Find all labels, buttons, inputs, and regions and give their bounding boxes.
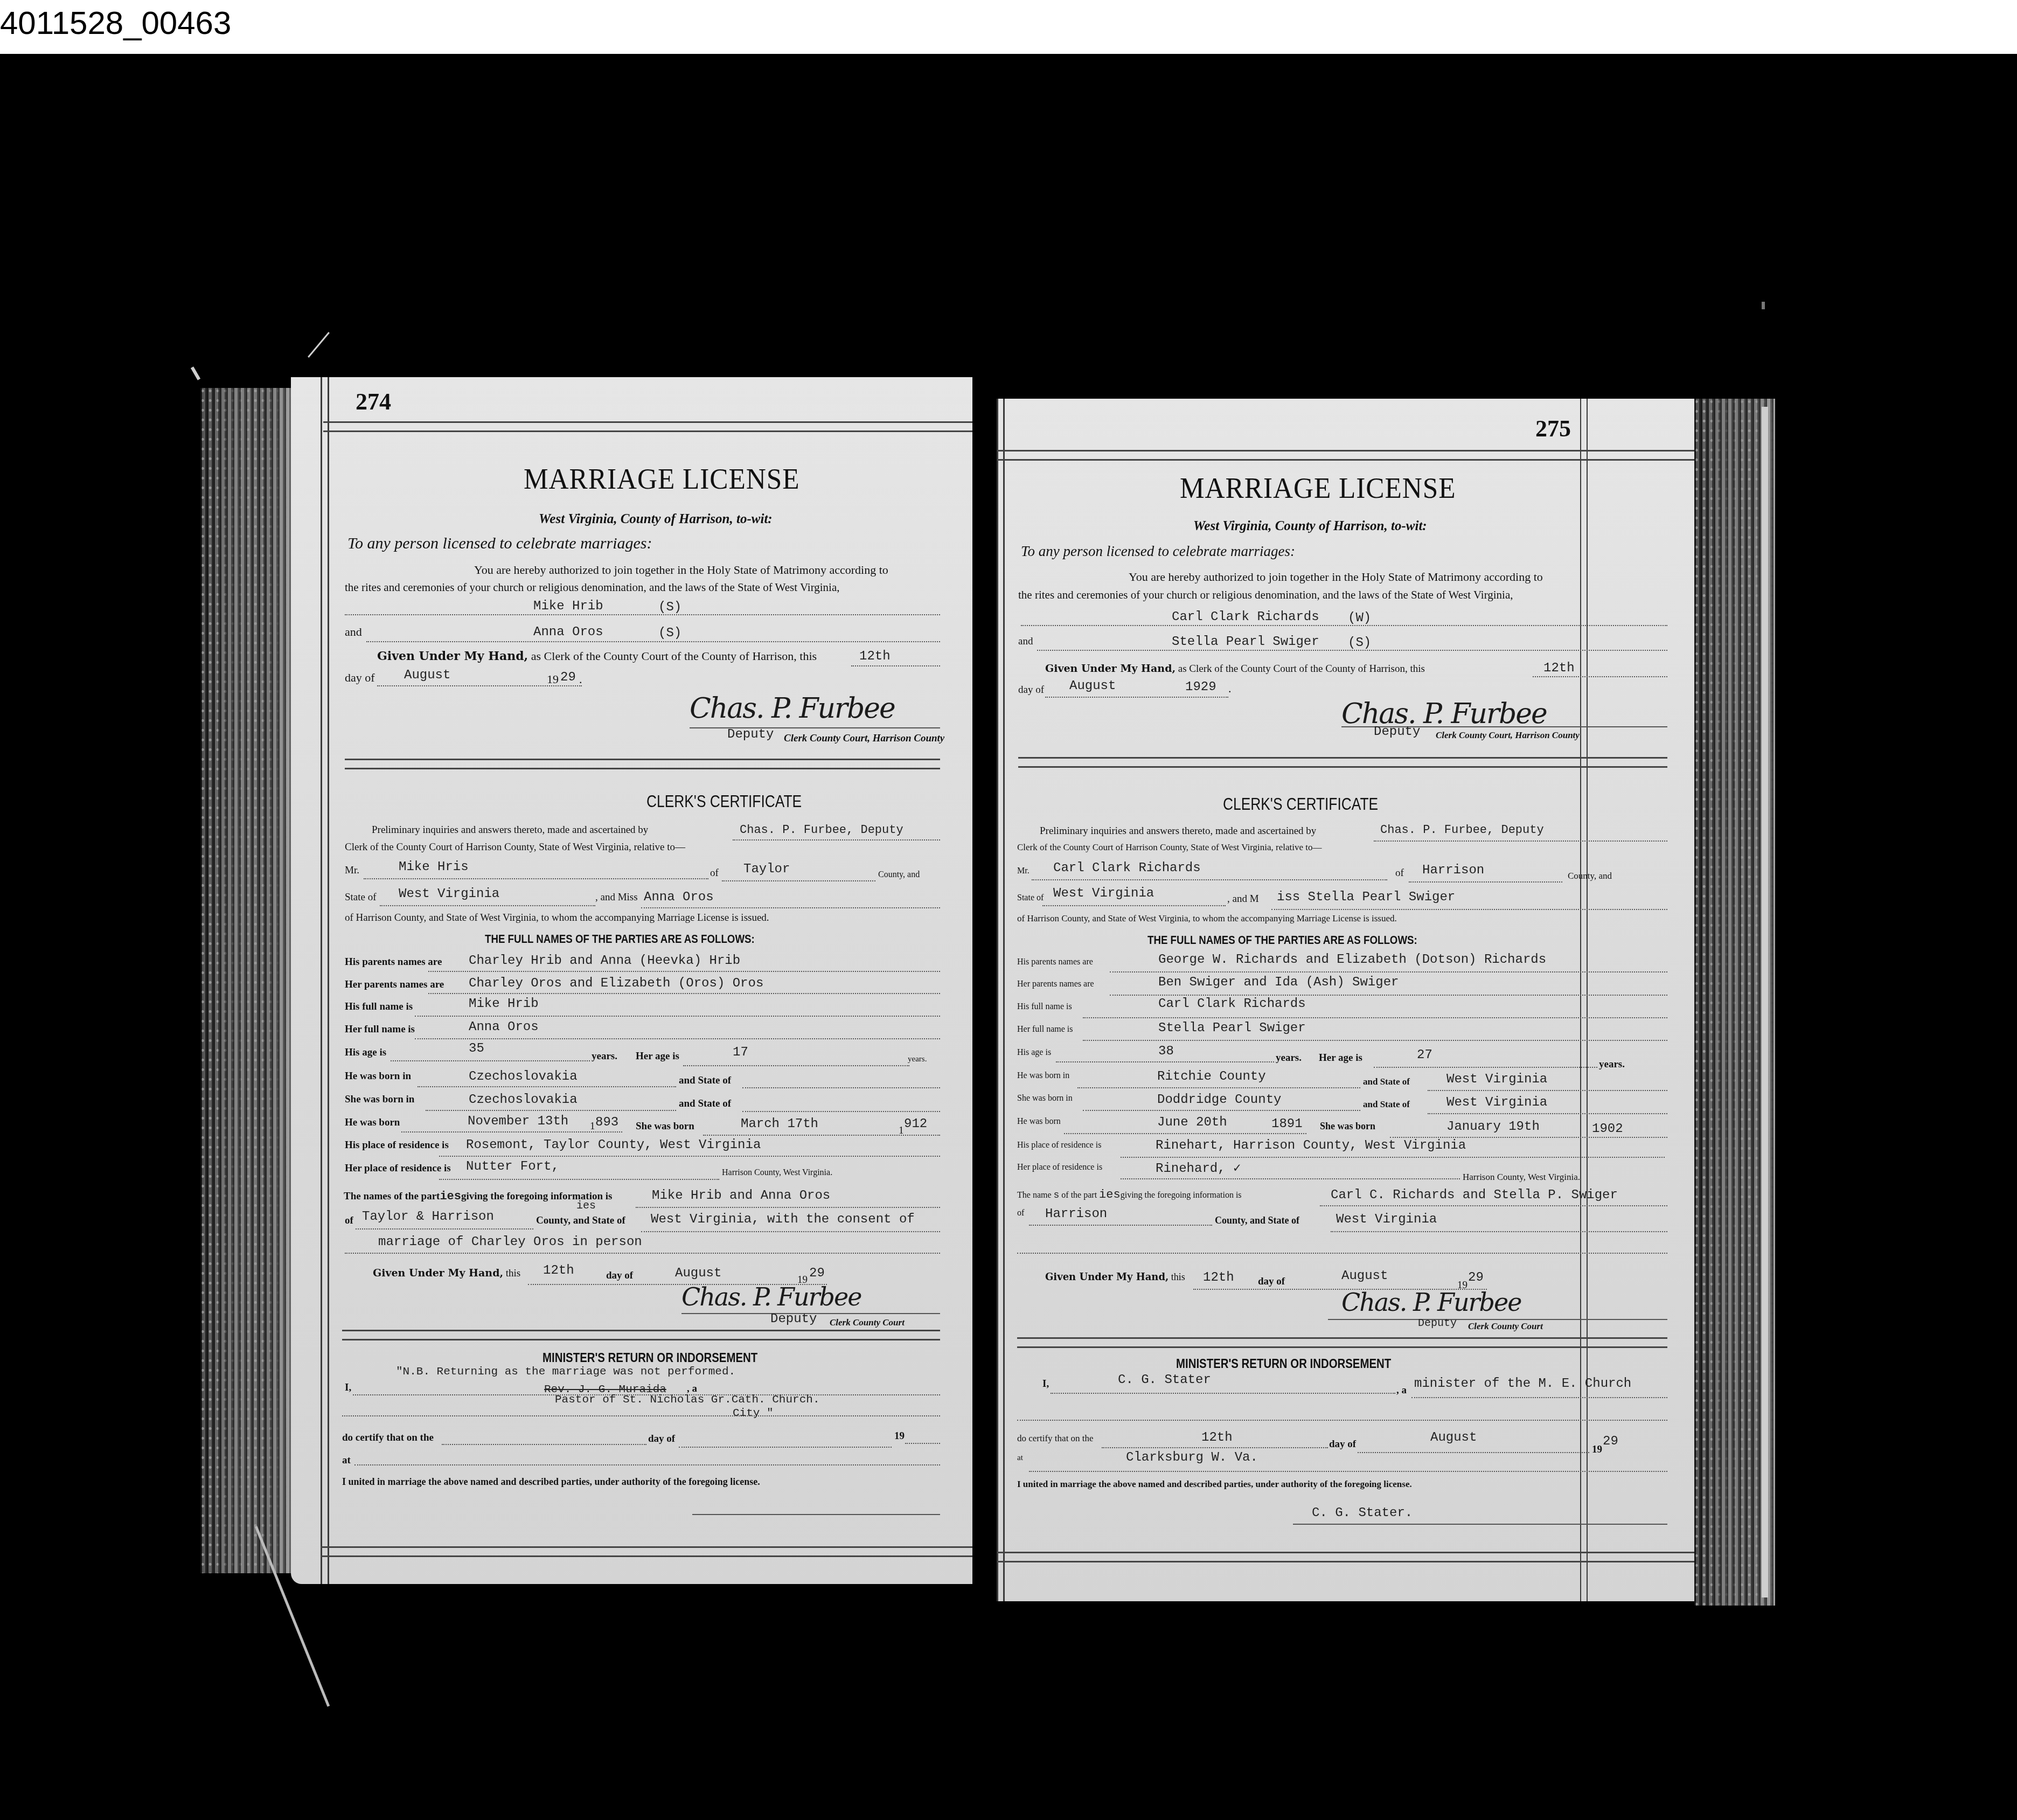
minister-city-value: City " xyxy=(733,1407,774,1420)
minister-note: "N.B. Returning as the marriage was not … xyxy=(396,1366,735,1378)
bride-status: (S) xyxy=(658,626,681,641)
of-county-line xyxy=(722,880,875,881)
state-of-label: State of xyxy=(345,892,377,904)
groom-name: Carl Clark Richards xyxy=(1172,610,1319,624)
cert-deputy-label: Deputy xyxy=(1418,1317,1457,1330)
informants-county-label: County, and State of xyxy=(536,1215,625,1227)
informants-line xyxy=(636,1207,940,1208)
mr-label: Mr. xyxy=(1017,866,1030,876)
prelim-label: Preliminary inquiries and answers theret… xyxy=(1040,825,1316,837)
cert-month: August xyxy=(1341,1269,1388,1283)
he-born-label: He was born xyxy=(1017,1117,1061,1127)
his-age-line xyxy=(391,1060,590,1061)
informants-county-label: County, and State of xyxy=(1215,1215,1299,1226)
informants-value: Carl C. Richards and Stella P. Swiger xyxy=(1331,1188,1618,1203)
his-full-name-label: His full name is xyxy=(1017,1002,1072,1012)
groom-status: (S) xyxy=(658,600,681,615)
minister-a-label: , a xyxy=(687,1383,697,1395)
license-year-suffix: 29 xyxy=(560,670,576,685)
at-line xyxy=(354,1464,940,1465)
right-margin-rule-inner xyxy=(1003,399,1005,1601)
her-residence-value: Rinehard, ✓ xyxy=(1156,1160,1241,1176)
his-residence-value: Rinehart, Harrison County, West Virginia xyxy=(1156,1138,1466,1153)
her-full-name-value: Anna Oros xyxy=(469,1020,539,1034)
cert-year-suffix: 29 xyxy=(1468,1270,1484,1285)
right-edge-rule-inner xyxy=(1587,399,1588,1601)
certify-year-suffix: 29 xyxy=(1603,1434,1618,1449)
minister-a-label: , a xyxy=(1396,1385,1407,1397)
her-age-label: Her age is xyxy=(1319,1052,1362,1064)
license-body-line1: You are hereby authorized to join togeth… xyxy=(474,563,888,577)
given-day-line xyxy=(1533,676,1667,677)
clerk-relative-line: Clerk of the County Court of Harrison Co… xyxy=(345,842,685,853)
cert-clerk-signature: Chas. P. Furbee xyxy=(681,1282,861,1311)
minister-title: MINISTER'S RETURN OR INDORSEMENT xyxy=(542,1351,757,1366)
his-full-name-line xyxy=(1083,1017,1667,1018)
certify-day-line xyxy=(442,1444,646,1445)
license-month: August xyxy=(1069,679,1116,693)
cert-signature-line xyxy=(1328,1319,1667,1320)
at-label: at xyxy=(1017,1454,1023,1463)
license-given-day: 12th xyxy=(859,649,891,664)
informants-label-ies: ies xyxy=(1099,1188,1121,1201)
his-full-name-line xyxy=(415,1016,940,1017)
he-and-state-of-label: and State of xyxy=(1363,1076,1410,1087)
he-state-line xyxy=(1428,1090,1667,1091)
his-full-name-value: Mike Hrib xyxy=(469,997,539,1011)
informants-state-value: West Virginia xyxy=(1336,1212,1437,1227)
groom-line xyxy=(1021,625,1667,626)
informants-value: Mike Hrib and Anna Oros xyxy=(652,1189,830,1203)
her-residence-line xyxy=(439,1179,719,1180)
united-line: I united in marriage the above named and… xyxy=(1017,1479,1412,1490)
footer-double-rule xyxy=(321,1546,972,1557)
certify-day-value: 12th xyxy=(1201,1430,1233,1445)
given-under-hand-label: Given Under My Hand, xyxy=(377,649,528,663)
her-parents-value: Charley Oros and Elizabeth (Oros) Oros xyxy=(469,976,763,991)
mr-line xyxy=(364,878,708,879)
informants-of-label: of xyxy=(1017,1208,1024,1218)
bride-name: Stella Pearl Swiger xyxy=(1172,635,1319,649)
given-as-clerk-label: as Clerk of the County Court of the Coun… xyxy=(1178,663,1425,675)
license-clerk-title: Clerk County Court, Harrison County xyxy=(784,733,944,745)
his-age-value: 38 xyxy=(1158,1044,1174,1059)
salutation: To any person licensed to celebrate marr… xyxy=(347,534,652,553)
informants-label-of-part: of the part xyxy=(394,1191,440,1202)
informants-label-ies: ies xyxy=(440,1190,461,1203)
certificate-title: CLERK'S CERTIFICATE xyxy=(646,792,802,811)
image-id-label: 4011528_00463 xyxy=(0,4,231,41)
she-born-value: March 17th xyxy=(741,1117,818,1131)
informants-continuation: marriage of Charley Oros in person xyxy=(378,1235,642,1249)
groom-name: Mike Hrib xyxy=(533,599,603,614)
miss-line xyxy=(1271,909,1667,910)
minister-i-label: I, xyxy=(345,1382,351,1394)
she-born-in-value: Czechoslovakia xyxy=(469,1093,578,1107)
cert-given-line: Given Under My Hand, this xyxy=(373,1267,520,1280)
cert-given-under-hand-label: Given Under My Hand, xyxy=(1045,1272,1169,1283)
given-under-hand-line: Given Under My Hand, as Clerk of the Cou… xyxy=(1045,663,1425,675)
certificate-section-divider xyxy=(342,1330,940,1340)
informants-county-value: Taylor & Harrison xyxy=(362,1210,494,1224)
salutation: To any person licensed to celebrate marr… xyxy=(1021,543,1295,560)
informants-label-name: The name xyxy=(1017,1191,1052,1200)
she-born-in-line xyxy=(1083,1110,1360,1111)
cert-given-under-hand-label: Given Under My Hand, xyxy=(373,1267,503,1279)
her-parents-label: Her parents names are xyxy=(345,979,444,991)
she-and-state-of-label: and State of xyxy=(1363,1099,1410,1110)
his-residence-label: His place of residence is xyxy=(1017,1141,1101,1150)
cert-given-day: 12th xyxy=(543,1263,574,1278)
his-full-name-value: Carl Clark Richards xyxy=(1158,997,1306,1011)
cert-clerk-title: Clerk County Court xyxy=(1468,1321,1543,1332)
given-under-hand-label: Given Under My Hand, xyxy=(1045,663,1176,675)
he-born-in-label: He was born in xyxy=(345,1071,411,1082)
years-label: years. xyxy=(592,1051,617,1062)
minister-name-value: C. G. Stater xyxy=(1118,1373,1211,1387)
years-label-2: years. xyxy=(908,1055,927,1064)
he-born-year: 1891 xyxy=(1271,1117,1303,1131)
mr-value: Carl Clark Richards xyxy=(1053,861,1201,876)
his-parents-label: His parents names are xyxy=(1017,957,1093,967)
license-clerk-signature: Chas. P. Furbee xyxy=(690,692,895,725)
license-section-divider xyxy=(1018,757,1667,768)
state-of-line xyxy=(1042,905,1226,906)
informants-continuation-line xyxy=(1017,1253,1667,1254)
license-subtitle: West Virginia, County of Harrison, to-wi… xyxy=(1193,519,1427,534)
minister-signature: C. G. Stater. xyxy=(1312,1506,1413,1520)
right-edge-rule-outer xyxy=(1580,399,1581,1601)
bride-name: Anna Oros xyxy=(533,625,603,640)
license-title: MARRIAGE LICENSE xyxy=(1180,471,1456,505)
informants-county-line xyxy=(356,1228,533,1229)
she-born-line xyxy=(703,1135,940,1136)
he-and-state-of-label: and State of xyxy=(679,1075,731,1087)
mr-value: Mike Hris xyxy=(399,860,469,874)
cert-given-this-label: this xyxy=(1171,1272,1185,1282)
of-county-label: of xyxy=(710,867,719,879)
informants-state-line xyxy=(641,1231,940,1232)
film-scratch xyxy=(1762,302,1765,309)
certify-label: do certify that on the xyxy=(1017,1433,1094,1444)
mr-line xyxy=(1032,879,1387,880)
prelim-line xyxy=(1374,840,1667,842)
left-page: 274 MARRIAGE LICENSE West Virginia, Coun… xyxy=(291,377,972,1584)
her-age-line xyxy=(1374,1067,1597,1068)
prelim-line xyxy=(733,839,940,840)
he-born-line xyxy=(1064,1133,1306,1134)
her-full-name-label: Her full name is xyxy=(1017,1025,1073,1034)
minister-signature-line xyxy=(1293,1524,1667,1525)
her-age-label: Her age is xyxy=(636,1051,679,1062)
her-full-name-line xyxy=(415,1038,940,1039)
years-label-2: years. xyxy=(1599,1059,1625,1071)
at-value: Clarksburg W. Va. xyxy=(1126,1450,1258,1465)
he-born-in-line xyxy=(1077,1087,1360,1088)
she-born-label: She was born xyxy=(636,1121,694,1133)
bride-line xyxy=(366,641,940,642)
certificate-title: CLERK'S CERTIFICATE xyxy=(1223,795,1378,814)
miss-value: iss Stella Pearl Swiger xyxy=(1277,890,1455,905)
informants-label-giving: giving the foregoing information is xyxy=(1121,1191,1242,1200)
film-scratch xyxy=(191,366,200,380)
clerk-relative-line: Clerk of the County Court of Harrison Co… xyxy=(1017,842,1322,853)
cert-deputy-label: Deputy xyxy=(770,1312,817,1326)
his-age-value: 35 xyxy=(469,1041,484,1056)
his-age-line xyxy=(1056,1061,1274,1062)
state-of-line xyxy=(380,905,595,906)
minister-signature-line xyxy=(692,1514,940,1515)
he-born-in-label: He was born in xyxy=(1017,1071,1069,1081)
she-born-in-value: Doddridge County xyxy=(1157,1093,1281,1107)
cert-month: August xyxy=(675,1266,721,1281)
cert-given-day: 12th xyxy=(1203,1270,1234,1285)
her-residence-label: Her place of residence is xyxy=(345,1163,451,1175)
groom-status: (W) xyxy=(1348,611,1371,626)
certify-month-line xyxy=(1358,1452,1589,1453)
license-subtitle: West Virginia, County of Harrison, to-wi… xyxy=(539,512,773,527)
state-of-value: West Virginia xyxy=(1053,886,1154,901)
he-born-value: June 20th xyxy=(1157,1115,1227,1130)
state-of-label: State of xyxy=(1017,893,1044,903)
given-under-hand-line: Given Under My Hand, as Clerk of the Cou… xyxy=(377,649,817,663)
minister-title-line xyxy=(1411,1397,1667,1398)
page-number: 275 xyxy=(1535,415,1571,442)
she-state-line xyxy=(1428,1113,1667,1114)
license-period: . xyxy=(579,672,582,686)
her-parents-value: Ben Swiger and Ida (Ash) Swiger xyxy=(1158,975,1399,990)
license-month: August xyxy=(404,668,450,683)
she-born-line xyxy=(1390,1137,1667,1138)
her-residence-value: Nutter Fort, xyxy=(466,1159,559,1174)
and-label: and xyxy=(1018,636,1033,648)
he-state-value: West Virginia xyxy=(1446,1072,1547,1087)
month-line xyxy=(1045,697,1228,698)
prelim-value: Chas. P. Furbee, Deputy xyxy=(1380,823,1544,837)
she-born-value: January 19th xyxy=(1446,1120,1540,1134)
full-names-heading: THE FULL NAMES OF THE PARTIES ARE AS FOL… xyxy=(485,932,755,946)
minister-title: MINISTER'S RETURN OR INDORSEMENT xyxy=(1176,1357,1391,1372)
her-parents-label: Her parents names are xyxy=(1017,980,1094,989)
miss-line xyxy=(641,907,940,908)
she-state-value: West Virginia xyxy=(1446,1095,1547,1110)
of-harrison-line: of Harrison County, and State of West Vi… xyxy=(345,912,769,924)
certify-day-of-label: day of xyxy=(648,1433,675,1445)
license-deputy-label: Deputy xyxy=(1374,725,1420,739)
license-clerk-signature: Chas. P. Furbee xyxy=(1341,698,1547,730)
he-born-line xyxy=(401,1131,622,1133)
of-harrison-line: of Harrison County, and State of West Vi… xyxy=(1017,913,1397,924)
her-residence-label: Her place of residence is xyxy=(1017,1163,1102,1172)
he-born-in-value: Ritchie County xyxy=(1157,1069,1266,1084)
informants-label: The names of the partiesgiving the foreg… xyxy=(344,1190,612,1203)
informants-continuation-line xyxy=(345,1253,940,1254)
informants-county-value: Harrison xyxy=(1045,1207,1107,1221)
she-born-in-line xyxy=(426,1110,676,1111)
her-age-value: 17 xyxy=(733,1045,748,1060)
at-line xyxy=(1029,1471,1667,1472)
informants-state-value: West Virginia, with the consent of xyxy=(651,1212,915,1227)
certificate-section-divider xyxy=(1017,1337,1667,1348)
license-year-prefix: 19 xyxy=(547,672,559,686)
header-double-rule xyxy=(323,421,972,432)
he-born-year: 893 xyxy=(595,1115,618,1130)
cert-clerk-title: Clerk County Court xyxy=(830,1317,905,1328)
minister-title-value: minister of the M. E. Church xyxy=(1414,1377,1631,1391)
license-year: 1929 xyxy=(1185,680,1216,694)
certify-label: do certify that on the xyxy=(342,1432,434,1444)
her-residence-suffix: Harrison County, West Virginia. xyxy=(1463,1172,1580,1183)
given-as-clerk-label: as Clerk of the County Court of the Coun… xyxy=(531,649,817,663)
she-born-in-label: She was born in xyxy=(1017,1094,1073,1103)
informants-ies-insert: ies xyxy=(576,1200,596,1212)
license-title: MARRIAGE LICENSE xyxy=(524,462,800,496)
she-and-state-of-label: and State of xyxy=(679,1098,731,1110)
miss-value: Anna Oros xyxy=(644,890,714,905)
certify-year-prefix: 19 xyxy=(1592,1444,1602,1456)
united-line: I united in marriage the above named and… xyxy=(342,1476,760,1488)
cert-year-suffix: 29 xyxy=(809,1266,825,1281)
cert-clerk-signature: Chas. P. Furbee xyxy=(1341,1288,1521,1317)
mr-label: Mr. xyxy=(345,865,359,877)
informants-county-line xyxy=(1029,1225,1212,1226)
full-names-heading: THE FULL NAMES OF THE PARTIES ARE AS FOL… xyxy=(1147,933,1417,947)
her-age-line xyxy=(683,1065,909,1066)
at-label: at xyxy=(342,1455,351,1467)
license-body-line1: You are hereby authorized to join togeth… xyxy=(1129,570,1543,584)
groom-line xyxy=(345,614,940,615)
her-age-value: 27 xyxy=(1417,1048,1432,1062)
he-born-label: He was born xyxy=(345,1117,400,1129)
right-page: 275 MARRIAGE LICENSE West Virginia, Coun… xyxy=(997,399,1694,1601)
right-margin-rule-outer xyxy=(997,399,998,1601)
informants-label-s: s xyxy=(1054,1190,1060,1201)
minister-title-continuation-line xyxy=(1017,1420,1667,1421)
he-state-line xyxy=(742,1087,940,1088)
certify-month-line xyxy=(679,1447,892,1448)
left-margin-rule-inner xyxy=(328,377,329,1584)
her-residence-suffix: Harrison County, West Virginia. xyxy=(722,1168,832,1178)
certify-day-line xyxy=(1102,1447,1328,1448)
cert-given-this-label: this xyxy=(506,1268,520,1279)
his-age-label: His age is xyxy=(1017,1048,1051,1058)
his-residence-value: Rosemont, Taylor County, West Virginia xyxy=(466,1138,761,1152)
county-and-label: County, and xyxy=(878,870,920,880)
his-residence-line xyxy=(1121,1157,1665,1158)
left-page-edge-stack xyxy=(200,388,292,1573)
his-parents-value: George W. Richards and Elizabeth (Dotson… xyxy=(1158,953,1546,967)
years-label: years. xyxy=(1276,1052,1302,1064)
footer-double-rule xyxy=(997,1552,1694,1562)
informants-label: The name s of the part iesgiving the for… xyxy=(1017,1188,1242,1201)
license-deputy-label: Deputy xyxy=(727,727,774,742)
informants-line xyxy=(1320,1205,1667,1206)
cert-day-of-label: day of xyxy=(1258,1276,1285,1288)
he-born-value: November 13th xyxy=(468,1114,568,1129)
informants-of-label: of xyxy=(345,1215,353,1227)
informants-label-names: The names xyxy=(344,1191,391,1202)
license-period: . xyxy=(1228,682,1232,696)
informants-state-line xyxy=(1331,1231,1667,1232)
she-born-year: 1902 xyxy=(1592,1122,1623,1136)
her-full-name-value: Stella Pearl Swiger xyxy=(1158,1021,1306,1036)
her-parents-line xyxy=(1110,995,1667,996)
license-given-day: 12th xyxy=(1543,661,1575,676)
and-label: and xyxy=(345,625,362,639)
minister-title-line xyxy=(342,1415,940,1416)
day-of-label: day of xyxy=(345,671,375,685)
his-parents-line xyxy=(1110,971,1667,972)
miss-label: , and M xyxy=(1227,893,1259,905)
he-born-in-value: Czechoslovakia xyxy=(469,1069,578,1084)
minister-title-value: Pastor of St. Nicholas Gr.Cath. Church. xyxy=(555,1394,819,1406)
his-parents-label: His parents names are xyxy=(345,956,442,968)
certify-month-value: August xyxy=(1430,1430,1477,1445)
day-of-label: day of xyxy=(1018,684,1044,696)
informants-label-of-part: of the part xyxy=(1061,1191,1097,1200)
license-body-line2: the rites and ceremonies of your church … xyxy=(345,581,839,594)
county-and-label: County, and xyxy=(1568,871,1612,881)
his-residence-line xyxy=(439,1156,940,1157)
his-parents-value: Charley Hrib and Anna (Heevka) Hrib xyxy=(469,954,740,968)
her-full-name-line xyxy=(1083,1040,1667,1041)
his-parents-line xyxy=(428,971,940,972)
he-born-in-line xyxy=(418,1086,676,1087)
she-born-year: 912 xyxy=(904,1117,927,1131)
she-state-line xyxy=(742,1111,940,1112)
page-number: 274 xyxy=(356,388,391,415)
prelim-value: Chas. P. Furbee, Deputy xyxy=(740,823,903,837)
her-parents-line xyxy=(428,993,940,994)
certify-year-prefix: 19 xyxy=(894,1430,905,1442)
he-born-year-prefix: 1 xyxy=(590,1121,595,1133)
cert-given-line: Given Under My Hand, this xyxy=(1045,1272,1185,1283)
given-day-line xyxy=(851,665,940,666)
his-age-label: His age is xyxy=(345,1047,386,1059)
image-id-header: 4011528_00463 xyxy=(0,0,2017,54)
of-county-value: Harrison xyxy=(1422,863,1484,878)
minister-i-label: I, xyxy=(1042,1378,1049,1390)
header-double-rule xyxy=(997,450,1694,461)
left-margin-rule-outer xyxy=(321,377,322,1584)
certify-year-line xyxy=(905,1443,940,1444)
of-county-line xyxy=(1409,881,1562,883)
right-cover-edge xyxy=(1762,407,1768,1597)
license-clerk-title: Clerk County Court, Harrison County xyxy=(1436,730,1580,741)
she-born-in-label: She was born in xyxy=(345,1094,414,1106)
of-county-label: of xyxy=(1395,867,1404,879)
license-body-line2: the rites and ceremonies of your church … xyxy=(1018,588,1513,602)
film-scratch xyxy=(308,332,330,358)
certify-day-of-label: day of xyxy=(1329,1439,1356,1450)
of-county-value: Taylor xyxy=(743,862,790,877)
miss-label: , and Miss xyxy=(595,892,638,904)
his-full-name-label: His full name is xyxy=(345,1001,413,1013)
his-residence-label: His place of residence is xyxy=(345,1140,449,1151)
state-of-value: West Virginia xyxy=(399,887,499,901)
she-born-label: She was born xyxy=(1320,1121,1375,1132)
minister-name-line xyxy=(1051,1393,1395,1394)
cert-day-of-label: day of xyxy=(606,1270,633,1282)
prelim-label: Preliminary inquiries and answers theret… xyxy=(372,824,648,836)
license-section-divider xyxy=(345,759,940,769)
bride-status: (S) xyxy=(1348,636,1371,650)
her-residence-line xyxy=(1121,1178,1460,1179)
her-full-name-label: Her full name is xyxy=(345,1024,415,1036)
